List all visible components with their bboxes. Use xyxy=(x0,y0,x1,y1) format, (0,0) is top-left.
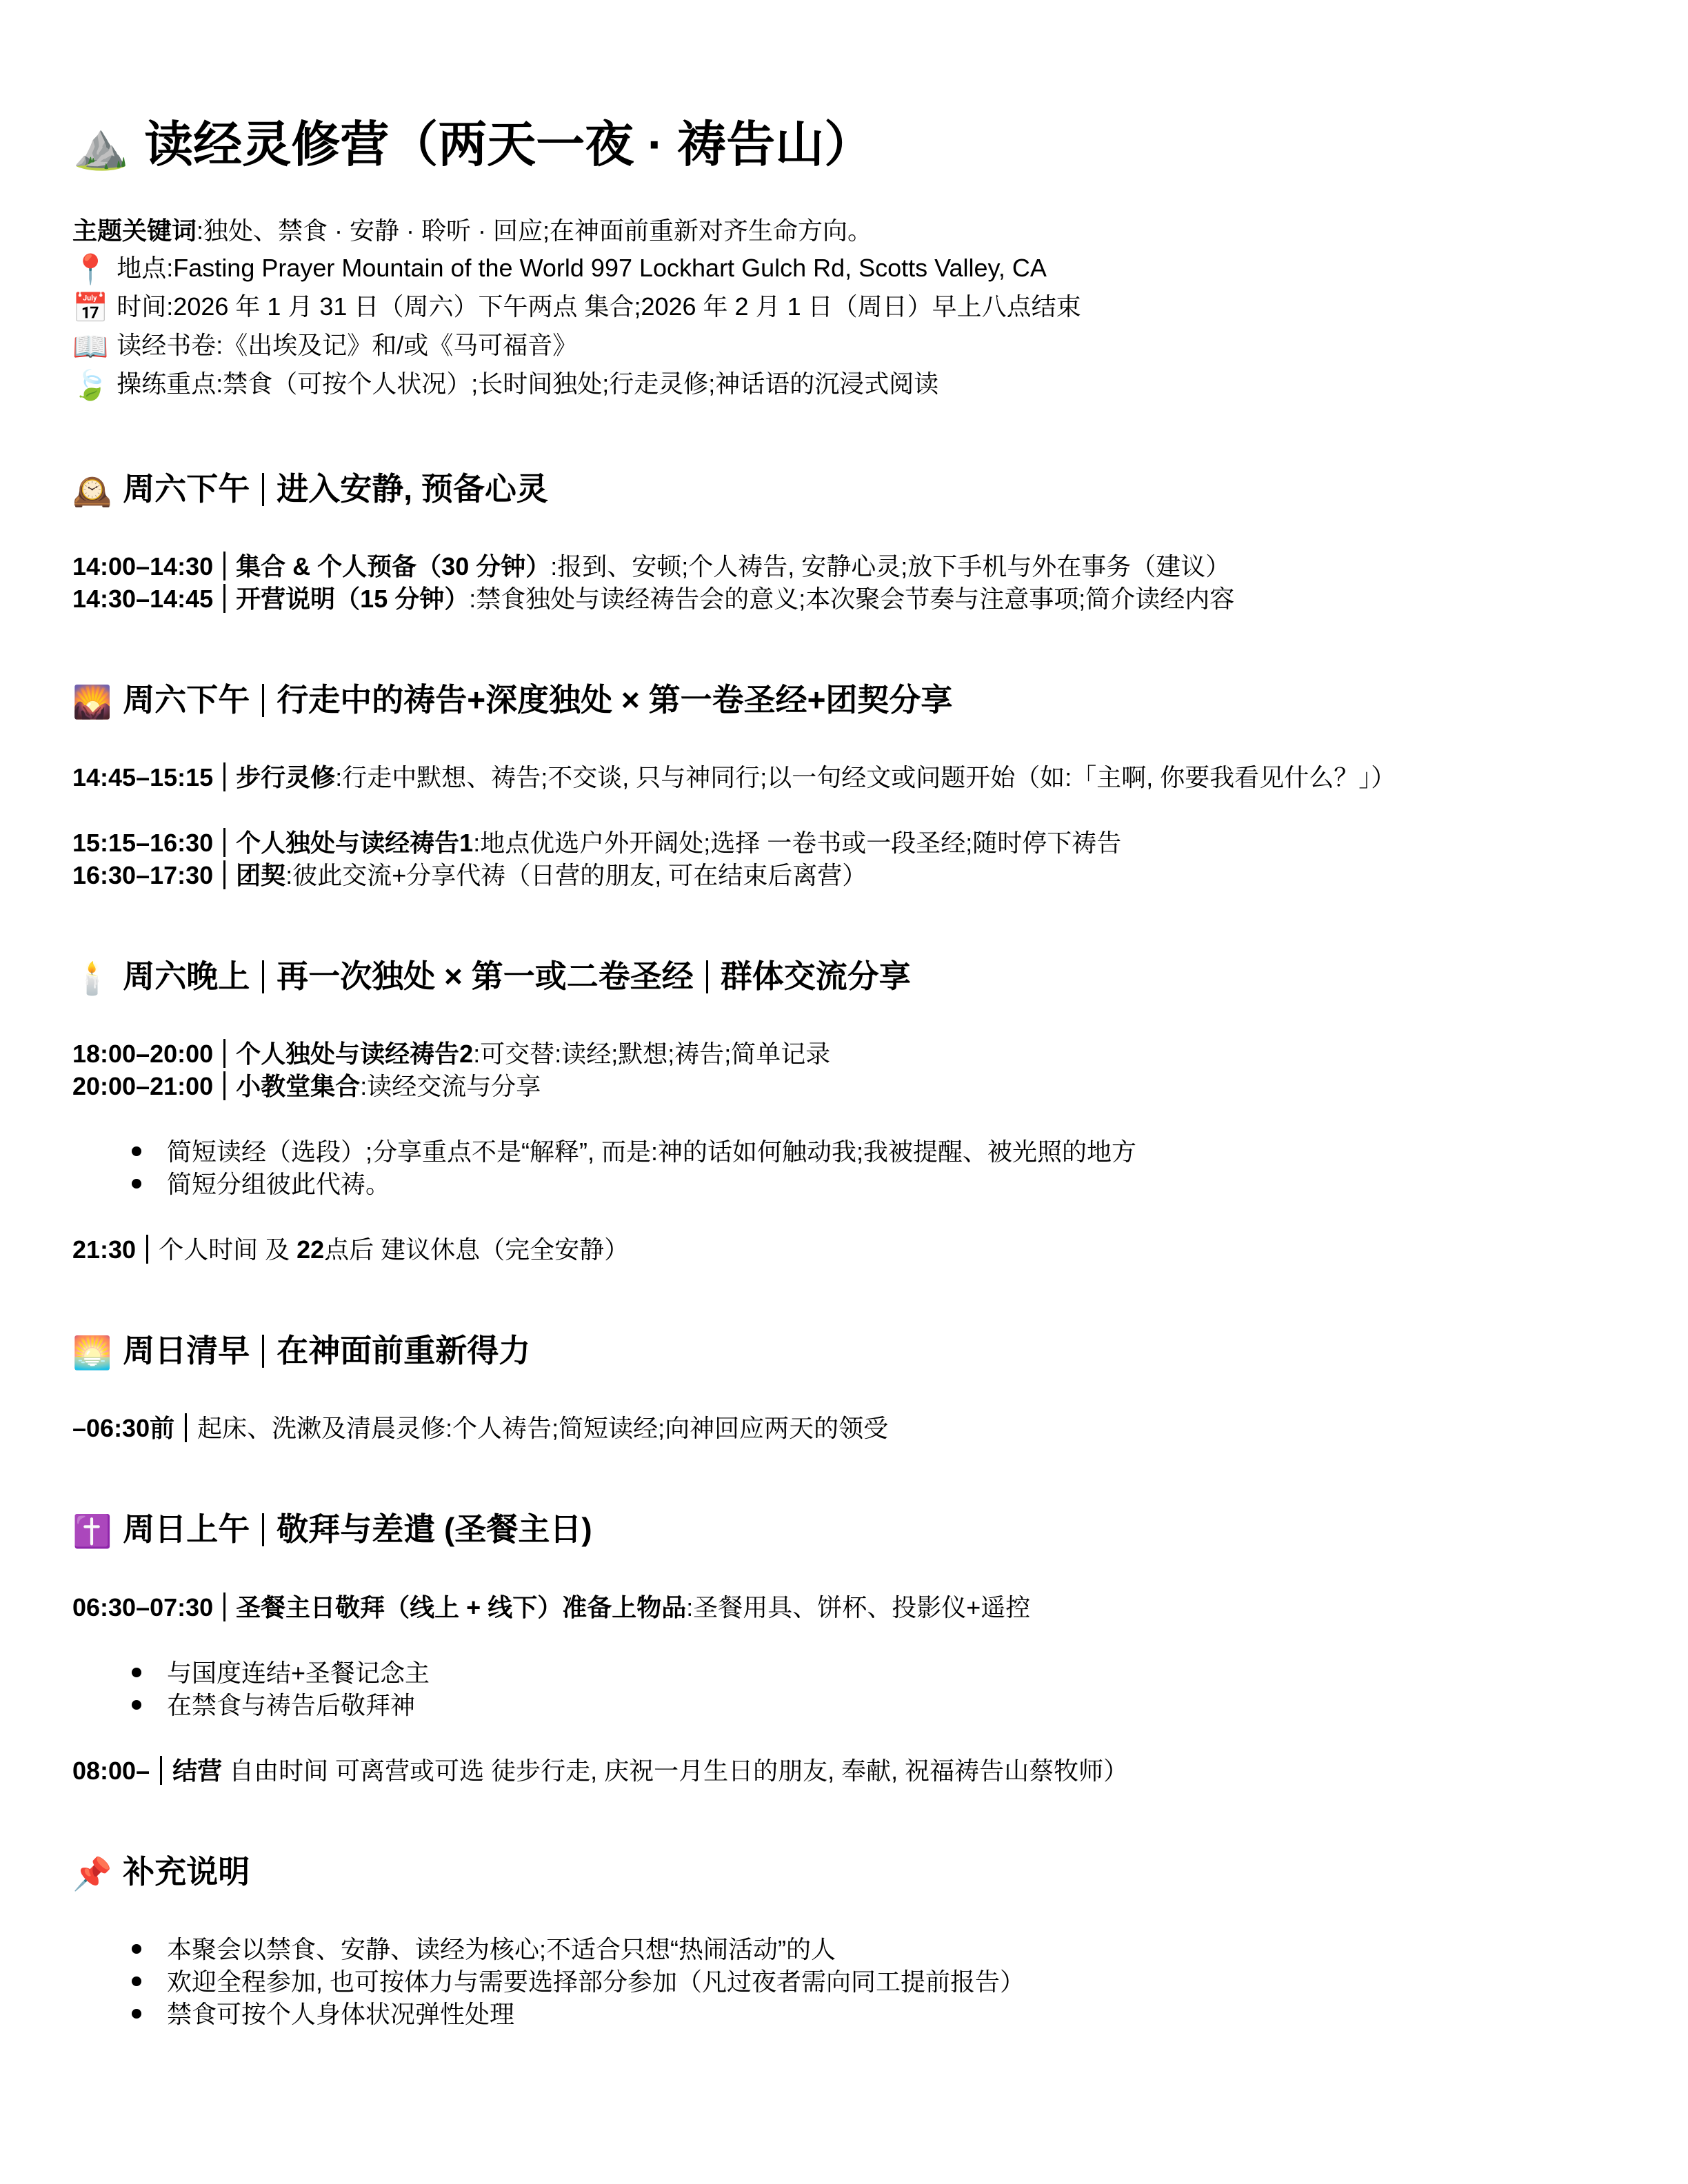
meta-line: 🍃操练重点:禁食（可按个人状况）;长时间独处;行走灵修;神话语的沉浸式阅读 xyxy=(72,365,1619,404)
schedule-row: 06:30–07:30圣餐主日敬拜（线上 + 线下）准备上物品:圣餐用具、饼杯、… xyxy=(72,1591,1619,1624)
meta-line: 📍地点:Fasting Prayer Mountain of the World… xyxy=(72,250,1619,288)
schedule-block: –06:30前起床、洗漱及清晨灵修:个人祷告;简短读经;向神回应两天的领受 xyxy=(72,1412,1619,1444)
section-heading: 🌅周日清早在神面前重新得力 xyxy=(72,1332,1619,1372)
schedule-row: 14:45–15:15步行灵修:行走中默想、祷告;不交谈, 只与神同行;以一句经… xyxy=(72,761,1619,793)
schedule-row: 18:00–20:00个人独处与读经祷告2:可交替:读经;默想;祷告;简单记录 xyxy=(72,1038,1619,1070)
bullet-item: 禁食可按个人身体状况弹性处理 xyxy=(167,1998,1619,2030)
time-label: 21:30 xyxy=(72,1235,136,1264)
document: ⛰️读经灵修营（两天一夜 · 祷告山） 主题关键词:独处、禁食 · 安静 · 聆… xyxy=(72,117,1619,2030)
sunrise-icon: 🌅 xyxy=(72,1334,112,1372)
bullet-item: 本聚会以禁食、安静、读经为核心;不适合只想“热闹活动”的人 xyxy=(167,1933,1619,1965)
schedule-block: 14:45–15:15步行灵修:行走中默想、祷告;不交谈, 只与神同行;以一句经… xyxy=(72,761,1619,793)
time-label: 18:00–20:00 xyxy=(72,1040,213,1068)
row-text: 集合 & 个人预备（30 分钟） xyxy=(236,552,550,580)
meta-line: 📖读经书卷:《出埃及记》和/或《马可福音》 xyxy=(72,327,1619,365)
separator-bar xyxy=(223,762,225,791)
time-label: 14:30–14:45 xyxy=(72,585,213,613)
separator-bar xyxy=(146,1235,148,1264)
section: 📌补充说明本聚会以禁食、安静、读经为核心;不适合只想“热闹活动”的人欢迎全程参加… xyxy=(72,1853,1619,2030)
calendar-icon: 📅 xyxy=(72,290,108,327)
row-text: 点后 建议休息（完全安静） xyxy=(324,1235,629,1264)
schedule-row: 08:00–结营 自由时间 可离营或可选 徒步行走, 庆祝一月生日的朋友, 奉献… xyxy=(72,1755,1619,1787)
row-text: :报到、安顿;个人祷告, 安静心灵;放下手机与外在事务（建议） xyxy=(550,552,1230,580)
meta-text: :独处、禁食 · 安静 · 聆听 · 回应;在神面前重新对齐生命方向。 xyxy=(197,216,872,245)
separator-bar xyxy=(223,1071,225,1100)
separator-bar xyxy=(706,960,708,993)
page-title-text: 读经灵修营（两天一夜 · 祷告山） xyxy=(144,118,873,172)
section-heading: 🕰️周六下午进入安静, 预备心灵 xyxy=(72,470,1619,510)
section: ✝️周日上午敬拜与差遣 (圣餐主日)06:30–07:30圣餐主日敬拜（线上 +… xyxy=(72,1510,1619,1786)
separator-bar xyxy=(160,1756,162,1785)
bullet-item: 欢迎全程参加, 也可按体力与需要选择部分参加（凡过夜者需向同工提前报告） xyxy=(167,1965,1619,1998)
schedule-block: 21:30个人时间 及 22点后 建议休息（完全安静） xyxy=(72,1233,1619,1266)
pushpin-icon: 📌 xyxy=(72,1855,112,1893)
row-text: :彼此交流+分享代祷（日营的朋友, 可在结束后离营） xyxy=(285,861,867,889)
row-text: :禁食独处与读经祷告会的意义;本次聚会节奏与注意事项;简介读经内容 xyxy=(469,585,1234,613)
separator-bar xyxy=(223,1593,225,1621)
row-text: 个人时间 及 xyxy=(159,1235,297,1264)
separator-bar xyxy=(185,1413,187,1442)
bullet-item: 简短读经（选段）;分享重点不是“解释”, 而是:神的话如何触动我;我被提醒、被光… xyxy=(167,1135,1619,1168)
section-heading: 📌补充说明 xyxy=(72,1853,1619,1893)
meta-text: 读经书卷:《出埃及记》和/或《马可福音》 xyxy=(117,331,577,359)
schedule-row: 16:30–17:30团契:彼此交流+分享代祷（日营的朋友, 可在结束后离营） xyxy=(72,859,1619,891)
separator-bar xyxy=(262,473,264,506)
sunrise-over-mountains-icon: 🌄 xyxy=(72,683,112,721)
section: 🕯️周六晚上再一次独处 × 第一或二卷圣经群体交流分享18:00–20:00个人… xyxy=(72,958,1619,1266)
section-heading: 🌄周六下午行走中的祷告+深度独处 × 第一卷圣经+团契分享 xyxy=(72,681,1619,721)
schedule-row: 14:30–14:45开营说明（15 分钟）:禁食独处与读经祷告会的意义;本次聚… xyxy=(72,583,1619,615)
meta-line: 主题关键词:独处、禁食 · 安静 · 聆听 · 回应;在神面前重新对齐生命方向。 xyxy=(72,212,1619,250)
bullet-item: 在禁食与祷告后敬拜神 xyxy=(167,1689,1619,1721)
bullet-list: 简短读经（选段）;分享重点不是“解释”, 而是:神的话如何触动我;我被提醒、被光… xyxy=(72,1135,1619,1200)
row-text: :读经交流与分享 xyxy=(360,1072,541,1100)
separator-bar xyxy=(223,584,225,613)
meta-text: 地点:Fasting Prayer Mountain of the World … xyxy=(117,254,1047,282)
schedule-row: 15:15–16:30个人独处与读经祷告1:地点优选户外开阔处;选择 一卷书或一… xyxy=(72,827,1619,859)
row-text: 个人独处与读经祷告2 xyxy=(236,1040,473,1068)
schedule-row: 21:30个人时间 及 22点后 建议休息（完全安静） xyxy=(72,1233,1619,1266)
leaf-icon: 🍃 xyxy=(72,367,108,404)
meta-label: 主题关键词 xyxy=(72,216,197,245)
row-text: 起床、洗漱及清晨灵修:个人祷告;简短读经;向神回应两天的领受 xyxy=(197,1414,888,1442)
candle-icon: 🕯️ xyxy=(72,960,112,998)
mantel-clock-icon: 🕰️ xyxy=(72,472,112,510)
row-text: 自由时间 可离营或可选 徒步行走, 庆祝一月生日的朋友, 奉献, 祝福祷告山蔡牧… xyxy=(222,1757,1128,1785)
latin-cross-icon: ✝️ xyxy=(72,1513,112,1550)
time-label: 15:15–16:30 xyxy=(72,829,213,857)
section-heading-text: 补充说明 xyxy=(123,1854,250,1890)
section-heading: 🕯️周六晚上再一次独处 × 第一或二卷圣经群体交流分享 xyxy=(72,958,1619,998)
section-heading-text: 周六下午 xyxy=(123,682,250,718)
section-heading-text: 群体交流分享 xyxy=(721,958,911,994)
time-label: 20:00–21:00 xyxy=(72,1072,213,1100)
row-text: 结营 xyxy=(172,1757,222,1785)
row-text: :圣餐用具、饼杯、投影仪+遥控 xyxy=(686,1593,1030,1621)
row-text: 开营说明（15 分钟） xyxy=(236,585,469,613)
schedule-row: 14:00–14:30集合 & 个人预备（30 分钟）:报到、安顿;个人祷告, … xyxy=(72,550,1619,583)
row-text: :行走中默想、祷告;不交谈, 只与神同行;以一句经文或问题开始（如:「主啊, 你… xyxy=(335,763,1396,791)
section-heading-text: 周六下午 xyxy=(123,471,250,507)
time-label: 14:00–14:30 xyxy=(72,552,213,580)
section-heading-text: 周日上午 xyxy=(123,1511,250,1547)
schedule-row: 20:00–21:00小教堂集合:读经交流与分享 xyxy=(72,1070,1619,1102)
section: 🌄周六下午行走中的祷告+深度独处 × 第一卷圣经+团契分享14:45–15:15… xyxy=(72,681,1619,891)
section-heading-text: 周日清早 xyxy=(123,1333,250,1368)
section-heading-text: 行走中的祷告+深度独处 × 第一卷圣经+团契分享 xyxy=(277,682,952,718)
row-text: 团契 xyxy=(236,861,285,889)
time-label: 16:30–17:30 xyxy=(72,861,213,889)
bullet-list: 与国度连结+圣餐记念主在禁食与祷告后敬拜神 xyxy=(72,1657,1619,1721)
separator-bar xyxy=(262,1335,264,1368)
row-text: 步行灵修 xyxy=(236,763,335,791)
schedule-block: 06:30–07:30圣餐主日敬拜（线上 + 线下）准备上物品:圣餐用具、饼杯、… xyxy=(72,1591,1619,1624)
section-heading: ✝️周日上午敬拜与差遣 (圣餐主日) xyxy=(72,1510,1619,1550)
open-book-icon: 📖 xyxy=(72,328,108,365)
meta-list: 主题关键词:独处、禁食 · 安静 · 聆听 · 回应;在神面前重新对齐生命方向。… xyxy=(72,212,1619,404)
section-heading-text: 敬拜与差遣 (圣餐主日) xyxy=(277,1511,592,1547)
round-pushpin-icon: 📍 xyxy=(72,251,108,288)
schedule-block: 18:00–20:00个人独处与读经祷告2:可交替:读经;默想;祷告;简单记录2… xyxy=(72,1038,1619,1102)
meta-text: 操练重点:禁食（可按个人状况）;长时间独处;行走灵修;神话语的沉浸式阅读 xyxy=(117,370,938,398)
meta-text: 时间:2026 年 1 月 31 日（周六）下午两点 集合;2026 年 2 月… xyxy=(117,292,1081,321)
mountain-icon: ⛰️ xyxy=(72,120,129,172)
bullet-item: 简短分组彼此代祷。 xyxy=(167,1168,1619,1200)
time-label: 14:45–15:15 xyxy=(72,763,213,791)
separator-bar xyxy=(262,960,264,993)
row-text: 22 xyxy=(297,1235,324,1264)
separator-bar xyxy=(223,860,225,889)
time-label: –06:30前 xyxy=(72,1414,174,1442)
sections: 🕰️周六下午进入安静, 预备心灵14:00–14:30集合 & 个人预备（30 … xyxy=(72,470,1619,2030)
separator-bar xyxy=(223,552,225,580)
section: 🕰️周六下午进入安静, 预备心灵14:00–14:30集合 & 个人预备（30 … xyxy=(72,470,1619,615)
section-heading-text: 在神面前重新得力 xyxy=(277,1333,530,1368)
bullet-item: 与国度连结+圣餐记念主 xyxy=(167,1657,1619,1689)
meta-line: 📅时间:2026 年 1 月 31 日（周六）下午两点 集合;2026 年 2 … xyxy=(72,288,1619,327)
section-heading-text: 再一次独处 × 第一或二卷圣经 xyxy=(277,958,693,994)
schedule-block: 14:00–14:30集合 & 个人预备（30 分钟）:报到、安顿;个人祷告, … xyxy=(72,550,1619,615)
page-title: ⛰️读经灵修营（两天一夜 · 祷告山） xyxy=(72,117,1619,174)
section-heading-text: 周六晚上 xyxy=(123,958,250,994)
separator-bar xyxy=(223,1039,225,1068)
section: 🌅周日清早在神面前重新得力–06:30前起床、洗漱及清晨灵修:个人祷告;简短读经… xyxy=(72,1332,1619,1444)
bullet-list: 本聚会以禁食、安静、读经为核心;不适合只想“热闹活动”的人欢迎全程参加, 也可按… xyxy=(72,1933,1619,2030)
row-text: :地点优选户外开阔处;选择 一卷书或一段圣经;随时停下祷告 xyxy=(473,829,1121,857)
row-text: 个人独处与读经祷告1 xyxy=(236,829,473,857)
schedule-row: –06:30前起床、洗漱及清晨灵修:个人祷告;简短读经;向神回应两天的领受 xyxy=(72,1412,1619,1444)
row-text: 圣餐主日敬拜（线上 + 线下）准备上物品 xyxy=(236,1593,686,1621)
section-heading-text: 进入安静, 预备心灵 xyxy=(277,471,548,507)
time-label: 08:00– xyxy=(72,1757,150,1785)
separator-bar xyxy=(223,828,225,857)
schedule-block: 15:15–16:30个人独处与读经祷告1:地点优选户外开阔处;选择 一卷书或一… xyxy=(72,827,1619,891)
time-label: 06:30–07:30 xyxy=(72,1593,213,1621)
row-text: :可交替:读经;默想;祷告;简单记录 xyxy=(473,1040,830,1068)
separator-bar xyxy=(262,1513,264,1546)
schedule-block: 08:00–结营 自由时间 可离营或可选 徒步行走, 庆祝一月生日的朋友, 奉献… xyxy=(72,1755,1619,1787)
separator-bar xyxy=(262,684,264,717)
row-text: 小教堂集合 xyxy=(236,1072,360,1100)
